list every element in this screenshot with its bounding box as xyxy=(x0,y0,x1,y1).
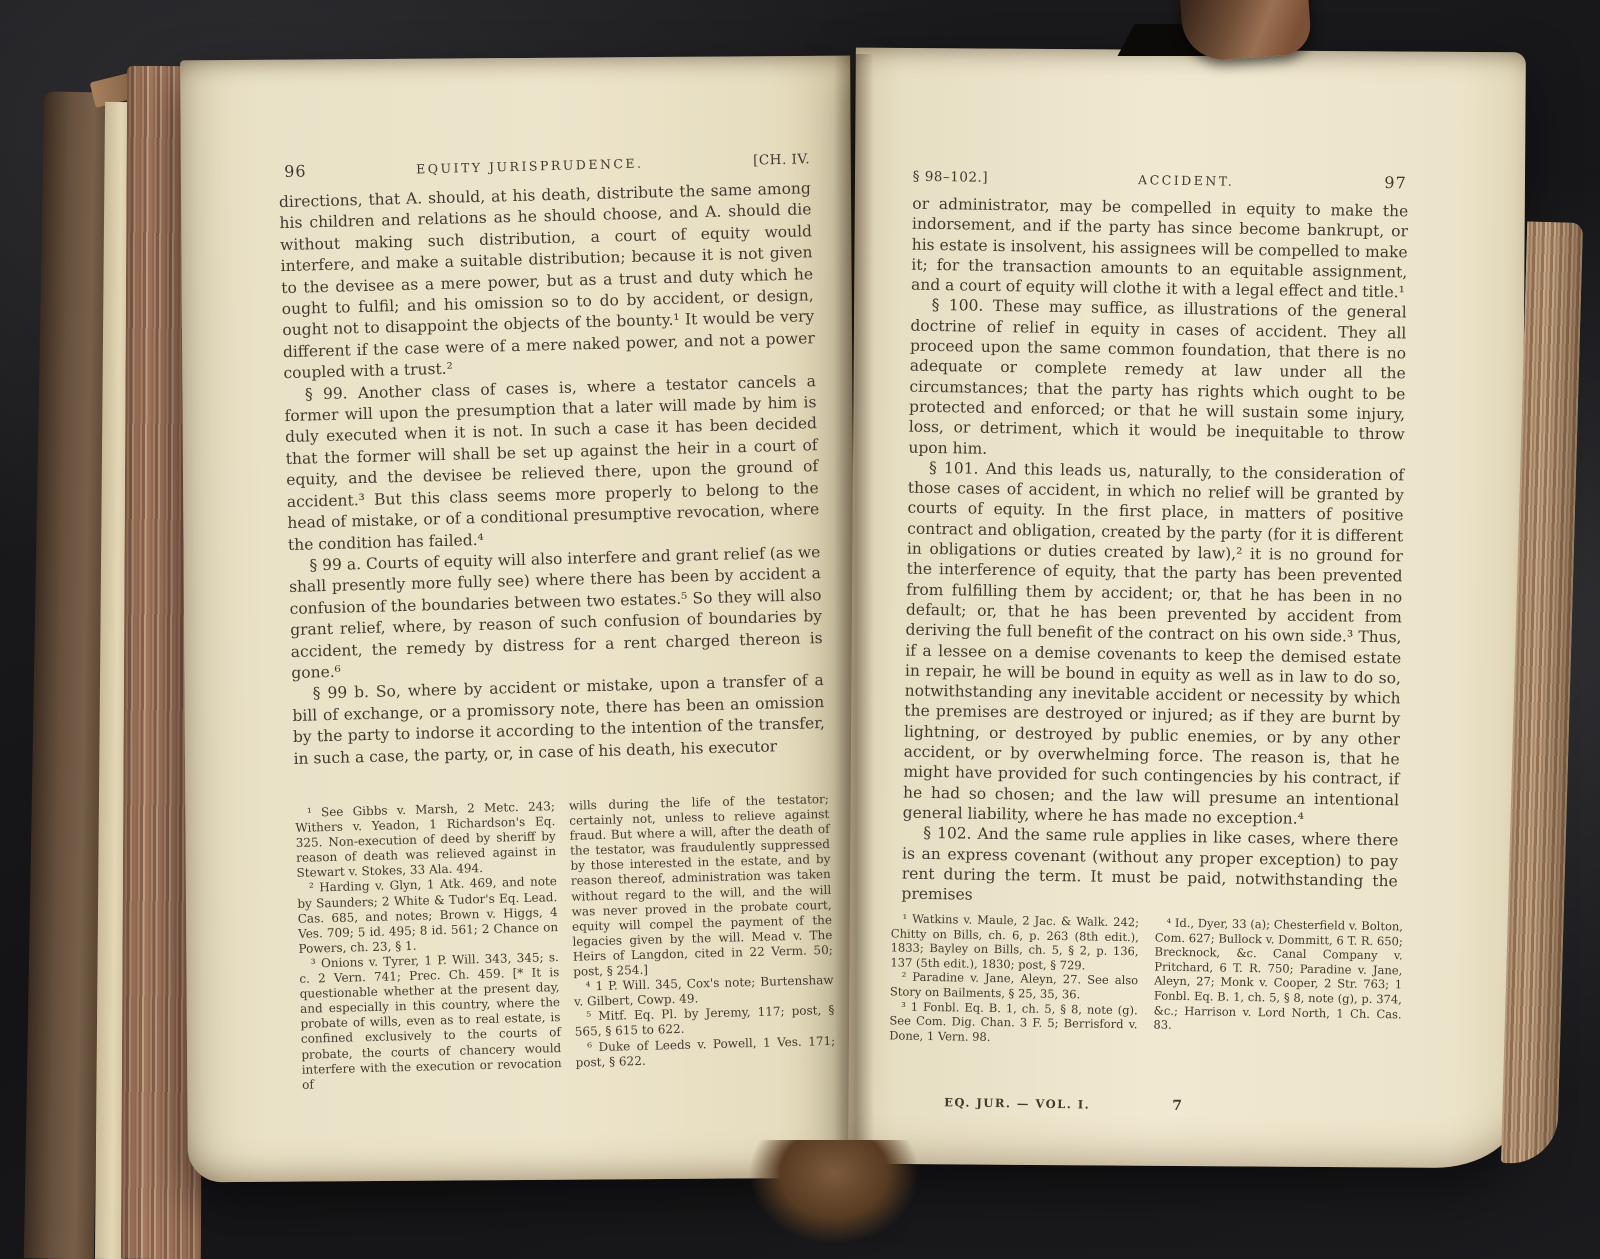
footnote-column-right: wills during the life of the testator; c… xyxy=(569,792,836,1085)
chapter-label: [CH. IV. xyxy=(753,151,810,168)
footnote-3: ³ 1 Fonbl. Eq. B. 1, ch. 5, § 8, note (g… xyxy=(889,999,1138,1047)
footnote-6: ⁶ Duke of Leeds v. Powell, 1 Ves. 171; p… xyxy=(575,1033,836,1070)
volume-label: EQ. JUR. — VOL. I. xyxy=(944,1095,1090,1111)
paragraph-section-100: § 100. These may suffice, as illustratio… xyxy=(908,295,1406,465)
left-page-footnotes: ¹ See Gibbs v. Marsh, 2 Metc. 243; Withe… xyxy=(295,792,836,1093)
book-photo: 96 EQUITY JURISPRUDENCE. [CH. IV. direct… xyxy=(0,0,1600,1259)
paragraph-section-99: § 99. Another class of cases is, where a… xyxy=(284,371,820,556)
footnote-2: ² Harding v. Glyn, 1 Atk. 469, and note … xyxy=(297,875,559,957)
left-page-body: directions, that A. should, at his death… xyxy=(279,178,826,770)
left-page-content: 96 EQUITY JURISPRUDENCE. [CH. IV. direct… xyxy=(169,49,868,1188)
footnote-column-left: ¹ See Gibbs v. Marsh, 2 Metc. 243; Withe… xyxy=(295,799,562,1092)
footnote-column-right: ⁴ Id., Dyer, 33 (a); Chesterfield v. Bol… xyxy=(1153,916,1403,1051)
left-page-number: 96 xyxy=(284,161,307,181)
footnote-4: ⁴ Id., Dyer, 33 (a); Chesterfield v. Bol… xyxy=(1153,916,1403,1037)
footnote-column-left: ¹ Watkins v. Maule, 2 Jac. & Walk. 242; … xyxy=(889,911,1139,1046)
footnote-3-continued: wills during the life of the testator; c… xyxy=(569,792,834,980)
paragraph: or administrator, may be compelled in eq… xyxy=(911,194,1409,303)
paragraph-section-99a: § 99 a. Courts of equity will also inter… xyxy=(288,542,823,684)
signature-number: 7 xyxy=(1172,1098,1182,1114)
paragraph-section-102: § 102. And the same rule applies in like… xyxy=(901,823,1398,912)
right-page-body: or administrator, may be compelled in eq… xyxy=(901,194,1408,912)
paragraph-section-101: § 101. And this leads us, naturally, to … xyxy=(903,457,1405,830)
footnote-1: ¹ Watkins v. Maule, 2 Jac. & Walk. 242; … xyxy=(890,911,1139,973)
footnote-3: ³ Onions v. Tyrer, 1 P. Will. 343, 345; … xyxy=(299,950,562,1093)
right-page-content: § 98–102.] ACCIDENT. 97 or administrator… xyxy=(843,45,1530,1171)
left-page-header: 96 EQUITY JURISPRUDENCE. [CH. IV. xyxy=(284,148,810,181)
paragraph: directions, that A. should, at his death… xyxy=(279,178,816,385)
footnote-1: ¹ See Gibbs v. Marsh, 2 Metc. 243; Withe… xyxy=(295,799,557,881)
left-running-title: EQUITY JURISPRUDENCE. xyxy=(416,156,644,177)
right-page-header: § 98–102.] ACCIDENT. 97 xyxy=(913,166,1407,193)
section-range-label: § 98–102.] xyxy=(913,169,989,186)
paragraph-section-99b: § 99 b. So, where by accident or mistake… xyxy=(292,670,826,770)
right-page-number: 97 xyxy=(1384,173,1407,192)
right-page-footnotes: ¹ Watkins v. Maule, 2 Jac. & Walk. 242; … xyxy=(889,911,1403,1050)
right-page-footer: EQ. JUR. — VOL. I. 7 xyxy=(944,1094,1182,1114)
right-running-title: ACCIDENT. xyxy=(1138,172,1234,189)
footnote-2: ² Paradine v. Jane, Aleyn, 27. See also … xyxy=(890,970,1138,1003)
